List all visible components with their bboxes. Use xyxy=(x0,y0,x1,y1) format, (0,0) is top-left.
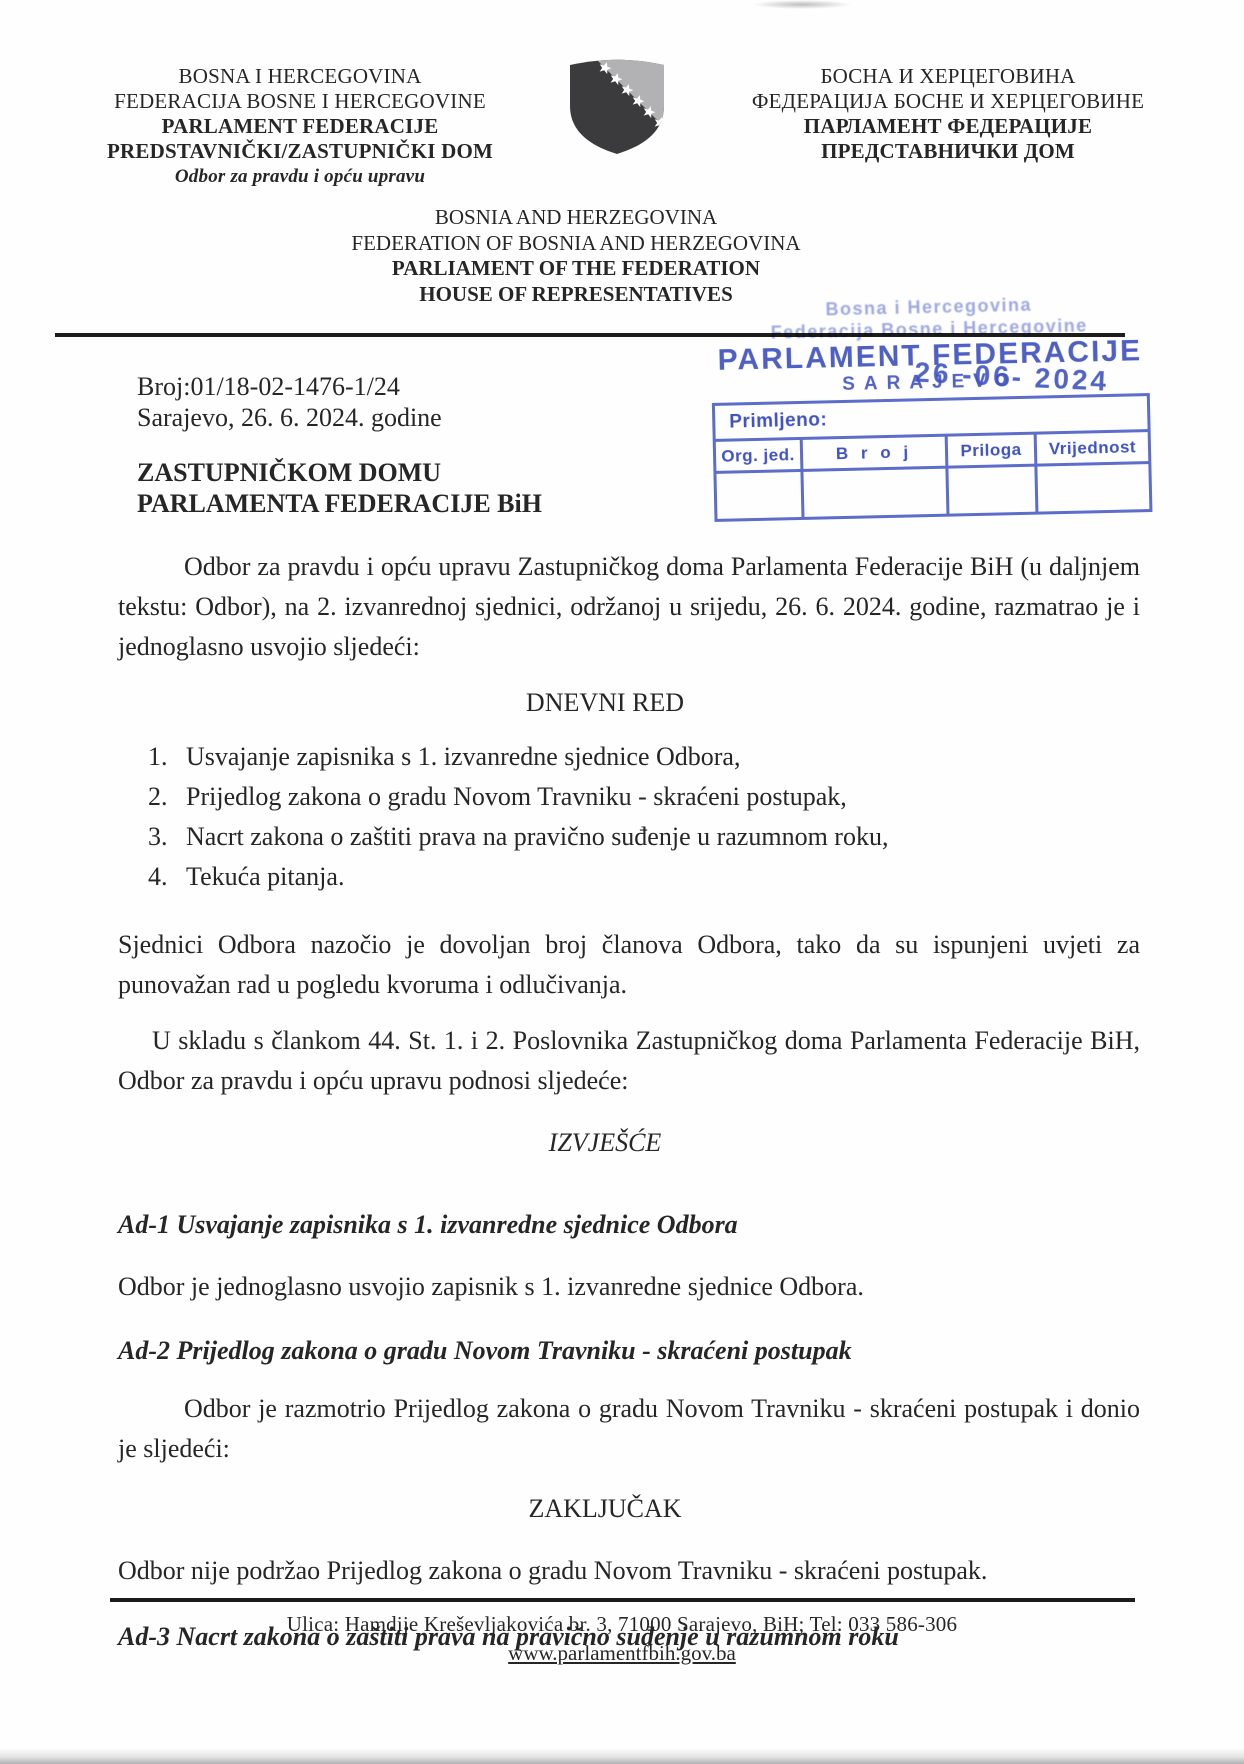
agenda-item-text: Tekuća pitanja. xyxy=(186,857,344,897)
letterhead-right-line: ПАРЛАМЕНТ ФЕДЕРАЦИЈЕ xyxy=(708,114,1188,139)
footer-website-link: www.parlamentfbih.gov.ba xyxy=(0,1639,1244,1667)
letterhead-english-line: PARLIAMENT OF THE FEDERATION xyxy=(0,256,1198,282)
stamp-col-broj: B r o j xyxy=(803,437,949,469)
stamp-table: 26 -06- 2024 Primljeno: Org. jed. B r o … xyxy=(712,393,1153,522)
page-footer: Ulica: Hamdije Kreševljakovića br. 3, 71… xyxy=(0,1598,1244,1667)
letterhead-english-line: BOSNIA AND HERZEGOVINA xyxy=(0,205,1198,231)
letterhead-left-line: FEDERACIJA BOSNE I HERCEGOVINE xyxy=(70,89,530,114)
stamp-empty-row xyxy=(716,464,1149,519)
stamp-empty-cell xyxy=(716,472,804,519)
letterhead-right-block: БОСНА И ХЕРЦЕГОВИНА ФЕДЕРАЦИЈА БОСНЕ И Х… xyxy=(708,64,1188,164)
letterhead-right-line: ПРЕДСТАВНИЧКИ ДОМ xyxy=(708,139,1188,164)
stamp-empty-cell xyxy=(1037,464,1149,512)
letterhead-left-line: BOSNA I HERCEGOVINA xyxy=(70,64,530,89)
ad2-heading: Ad-2 Prijedlog zakona o gradu Novom Trav… xyxy=(118,1331,1140,1371)
agenda-heading: DNEVNI RED xyxy=(94,683,1116,723)
stamp-received-label: Primljeno: xyxy=(715,409,827,434)
stamp-col-vrijednost: Vrijednost xyxy=(1037,432,1149,464)
conclusion-heading: ZAKLJUČAK xyxy=(94,1489,1116,1529)
stamp-empty-cell xyxy=(803,469,949,517)
ad1-heading: Ad-1 Usvajanje zapisnika s 1. izvanredne… xyxy=(118,1205,1140,1245)
agenda-item-number: 4. xyxy=(148,857,186,897)
agenda-item-text: Prijedlog zakona o gradu Novom Travniku … xyxy=(186,777,847,817)
letterhead: BOSNA I HERCEGOVINA FEDERACIJA BOSNE I H… xyxy=(0,0,1244,189)
ad1-paragraph: Odbor je jednoglasno usvojio zapisnik s … xyxy=(118,1267,1140,1307)
agenda-item: 2. Prijedlog zakona o gradu Novom Travni… xyxy=(148,777,1140,817)
agenda-item: 4. Tekuća pitanja. xyxy=(148,857,1140,897)
agenda-item: 3. Nacrt zakona o zaštiti prava na pravi… xyxy=(148,817,1140,857)
document-page: BOSNA I HERCEGOVINA FEDERACIJA BOSNE I H… xyxy=(0,0,1244,1764)
footer-rule xyxy=(110,1598,1135,1602)
intro-paragraph: Odbor za pravdu i opću upravu Zastupničk… xyxy=(118,547,1140,667)
agenda-item-text: Usvajanje zapisnika s 1. izvanredne sjed… xyxy=(186,737,740,777)
letterhead-english-block: BOSNIA AND HERZEGOVINA FEDERATION OF BOS… xyxy=(0,205,1198,307)
received-stamp: Bosna i Hercegovina Federacija Bosne i H… xyxy=(698,291,1165,522)
scan-smudge-top xyxy=(752,0,852,9)
stamp-col-org-jed: Org. jed. xyxy=(716,440,804,471)
conclusion-paragraph: Odbor nije podržao Prijedlog zakona o gr… xyxy=(118,1551,1140,1591)
agenda-item-number: 3. xyxy=(148,817,186,857)
agenda-item-number: 2. xyxy=(148,777,186,817)
letterhead-right-line: БОСНА И ХЕРЦЕГОВИНА xyxy=(708,64,1188,89)
letterhead-left-line: PREDSTAVNIČKI/ZASTUPNIČKI DOM xyxy=(70,139,530,164)
letterhead-right-line: ФЕДЕРАЦИЈА БОСНЕ И ХЕРЦЕГОВИНЕ xyxy=(708,89,1188,114)
stamp-col-priloga: Priloga xyxy=(948,435,1038,466)
letterhead-left-block: BOSNA I HERCEGOVINA FEDERACIJA BOSNE I H… xyxy=(70,64,530,189)
ad2-paragraph: Odbor je razmotrio Prijedlog zakona o gr… xyxy=(118,1389,1140,1469)
bih-coat-of-arms-icon xyxy=(565,58,673,161)
basis-paragraph: U skladu s člankom 44. St. 1. i 2. Poslo… xyxy=(118,1021,1140,1101)
agenda-item-number: 1. xyxy=(148,737,186,777)
scan-edge-bottom xyxy=(0,1748,1244,1764)
report-heading: IZVJEŠĆE xyxy=(94,1123,1116,1163)
committee-name: Odbor za pravdu i opću upravu xyxy=(70,164,530,189)
stamp-empty-cell xyxy=(948,467,1038,514)
agenda-item-text: Nacrt zakona o zaštiti prava na pravično… xyxy=(186,817,888,857)
agenda-list: 1. Usvajanje zapisnika s 1. izvanredne s… xyxy=(118,737,1140,897)
quorum-paragraph: Sjednici Odbora nazočio je dovoljan broj… xyxy=(118,925,1140,1005)
footer-address: Ulica: Hamdije Kreševljakovića br. 3, 71… xyxy=(0,1609,1244,1639)
letterhead-english-line: FEDERATION OF BOSNIA AND HERZEGOVINA xyxy=(0,231,1198,257)
letter-body: Broj:01/18-02-1476-1/24 Sarajevo, 26. 6.… xyxy=(0,371,1244,1657)
agenda-item: 1. Usvajanje zapisnika s 1. izvanredne s… xyxy=(148,737,1140,777)
letterhead-left-line: PARLAMENT FEDERACIJE xyxy=(70,114,530,139)
